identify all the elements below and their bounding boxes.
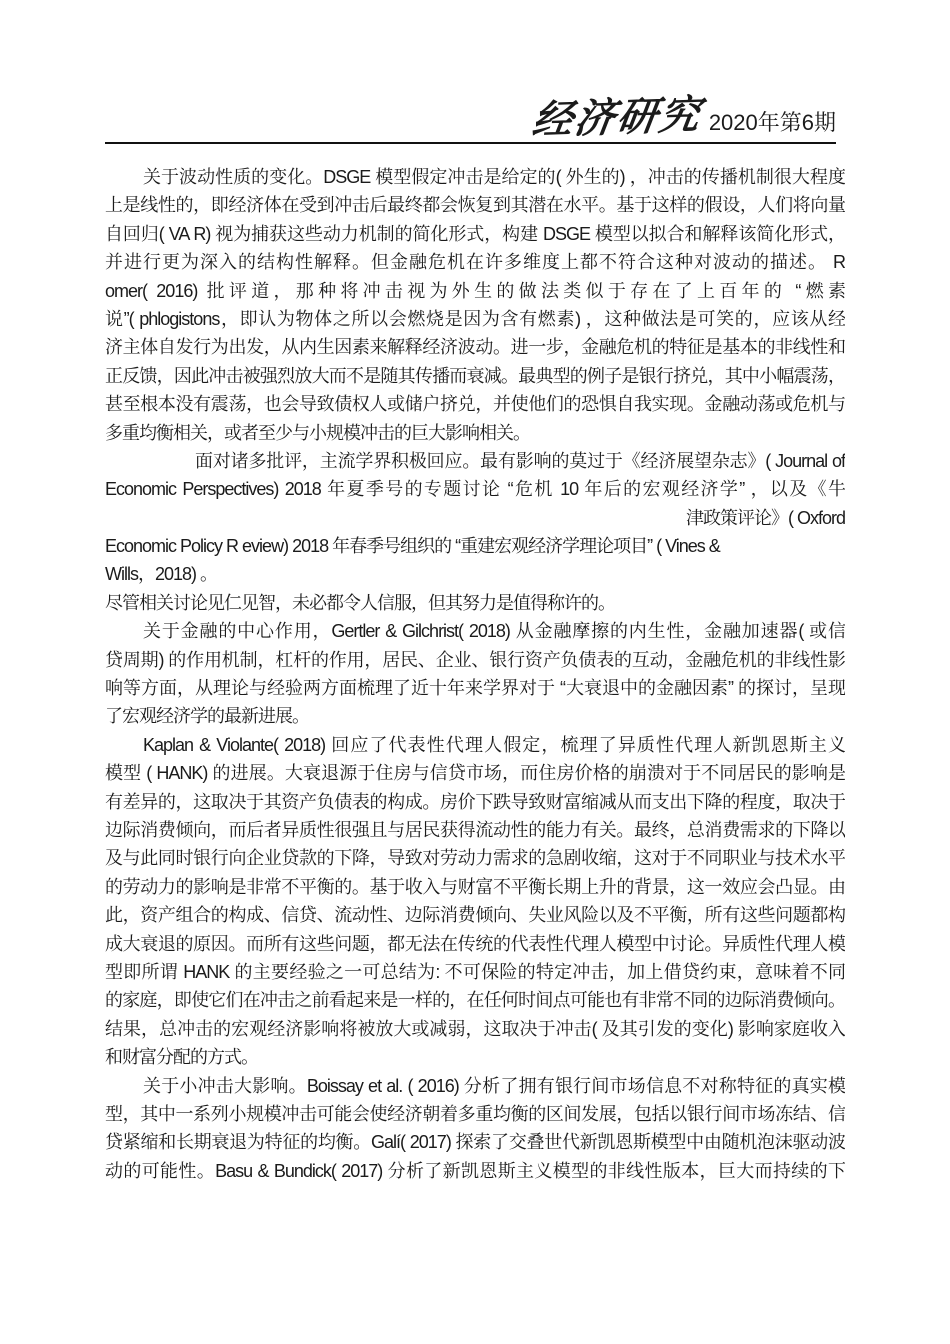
text-line: 了宏观经济学的最新进展。 xyxy=(105,702,845,730)
text-line: 关于小冲击大影响。Boissay et al. ( 2016) 分析了拥有银行间… xyxy=(105,1072,845,1100)
text-line: Kaplan & Violante( 2018) 回应了代表性代理人假定，梳理了… xyxy=(105,731,845,759)
text-line: 津政策评论》( Oxford xyxy=(105,504,845,532)
text-line: 尽管相关讨论见仁见智，未必都令人信服，但其努力是值得称许的。 xyxy=(105,589,845,617)
paragraph-responses: 面对诸多批评，主流学界积极回应。最有影响的莫过于《经济展望杂志》( Journa… xyxy=(105,447,845,617)
header-rule xyxy=(105,142,836,144)
paragraph-finance-role: 关于金融的中心作用，Gertler & Gilchrist( 2018) 从金融… xyxy=(105,617,845,731)
text-line: 型即所谓 HANK 的主要经验之一可总结为: 不可保险的特定冲击，加上借贷约束，… xyxy=(105,958,845,986)
text-line: 的家庭，即使它们在冲击之前看起来是一样的，在任何时间点可能也有非常不同的边际消费… xyxy=(105,986,845,1014)
journal-page: 经济研究 2020年第6期 关于波动性质的变化。DSGE 模型假定冲击是给定的(… xyxy=(0,0,950,1344)
text-line: Economic Perspectives) 2018 年夏季号的专题讨论 “危… xyxy=(105,475,845,503)
text-line: 结果，总冲击的宏观经济影响将被放大或减弱，这取决于冲击( 及其引发的变化) 影响… xyxy=(105,1015,845,1043)
text-line: 的劳动力的影响是非常不平衡的。基于收入与财富不平衡长期上升的背景，这一效应会凸显… xyxy=(105,873,845,901)
text-line: 型，其中一系列小规模冲击可能会使经济朝着多重均衡的区间发展，包括以银行间市场冻结… xyxy=(105,1100,845,1128)
text-line: 和财富分配的方式。 xyxy=(105,1043,845,1071)
text-line: 自回归( VA R) 视为捕获这些动力机制的简化形式，构建 DSGE 模型以拟合… xyxy=(105,220,845,248)
text-line: 响等方面，从理论与经验两方面梳理了近十年来学界对于 “大衰退中的金融因素” 的探… xyxy=(105,674,845,702)
paragraph-small-shocks: 关于小冲击大影响。Boissay et al. ( 2016) 分析了拥有银行间… xyxy=(105,1072,845,1186)
text-line: 边际消费倾向，而后者异质性很强且与居民获得流动性的能力有关。最终，总消费需求的下… xyxy=(105,816,845,844)
text-line: omer( 2016) 批评道，那种将冲击视为外生的做法类似于存在了上百年的 “… xyxy=(105,277,845,305)
text-line: 动的可能性。Basu & Bundick( 2017) 分析了新凯恩斯主义模型的… xyxy=(105,1157,845,1185)
text-line: 及与此同时银行向企业贷款的下降，导致对劳动力需求的急剧收缩，这对于不同职业与技术… xyxy=(105,844,845,872)
paragraph-hank: Kaplan & Violante( 2018) 回应了代表性代理人假定，梳理了… xyxy=(105,731,845,1072)
text-line: 说”( phlogistons，即认为物体之所以会燃烧是因为含有燃素) ，这种做… xyxy=(105,305,845,333)
paragraph-volatility: 关于波动性质的变化。DSGE 模型假定冲击是给定的( 外生的) ，冲击的传播机制… xyxy=(105,163,845,447)
text-line: 济主体自发行为出发，从内生因素来解释经济波动。进一步，金融危机的特征是基本的非线… xyxy=(105,333,845,361)
text-line: 有差异的，这取决于其资产负债表的构成。房价下跌导致财富缩减从而支出下降的程度，取… xyxy=(105,788,845,816)
text-line: 上是线性的，即经济体在受到冲击后最终都会恢复到其潜在水平。基于这样的假设，人们将… xyxy=(105,191,845,219)
text-line: 模型 ( HANK) 的进展。大衰退源于住房与信贷市场，而住房价格的崩溃对于不同… xyxy=(105,759,845,787)
text-line: 多重均衡相关，或者至少与小规模冲击的巨大影响相关。 xyxy=(105,419,845,447)
text-line: 此，资产组合的构成、信贷、流动性、边际消费倾向、失业风险以及不平衡，所有这些问题… xyxy=(105,901,845,929)
text-line: 面对诸多批评，主流学界积极回应。最有影响的莫过于《经济展望杂志》( Journa… xyxy=(105,447,845,475)
text-line: 贷周期) 的作用机制，杠杆的作用，居民、企业、银行资产负债表的互动，金融危机的非… xyxy=(105,646,845,674)
journal-calligraphy-logo: 经济研究 xyxy=(530,95,705,141)
text-line: 关于波动性质的变化。DSGE 模型假定冲击是给定的( 外生的) ，冲击的传播机制… xyxy=(105,163,845,191)
text-line: 正反馈，因此冲击被强烈放大而不是随其传播而衰减。最典型的例子是银行挤兑，其中小幅… xyxy=(105,362,845,390)
page-header: 经济研究 2020年第6期 xyxy=(105,98,836,138)
text-line: Economic Policy R eview) 2018 年春季号组织的 “重… xyxy=(105,532,845,560)
article-body: 关于波动性质的变化。DSGE 模型假定冲击是给定的( 外生的) ，冲击的传播机制… xyxy=(105,163,845,1185)
text-line: Wills，2018) 。 xyxy=(105,560,845,588)
text-line: 关于金融的中心作用，Gertler & Gilchrist( 2018) 从金融… xyxy=(105,617,845,645)
text-line: 甚至根本没有震荡，也会导致债权人或储户挤兑，并使他们的恐惧自我实现。金融动荡或危… xyxy=(105,390,845,418)
text-line: 成大衰退的原因。而所有这些问题，都无法在传统的代表性代理人模型中讨论。异质性代理… xyxy=(105,930,845,958)
text-line: 贷紧缩和长期衰退为特征的均衡。Galí( 2017) 探索了交叠世代新凯恩斯模型… xyxy=(105,1128,845,1156)
issue-label: 2020年第6期 xyxy=(709,111,836,138)
text-line: 并进行更为深入的结构性解释。但金融危机在许多维度上都不符合这种对波动的描述。 R xyxy=(105,248,845,276)
